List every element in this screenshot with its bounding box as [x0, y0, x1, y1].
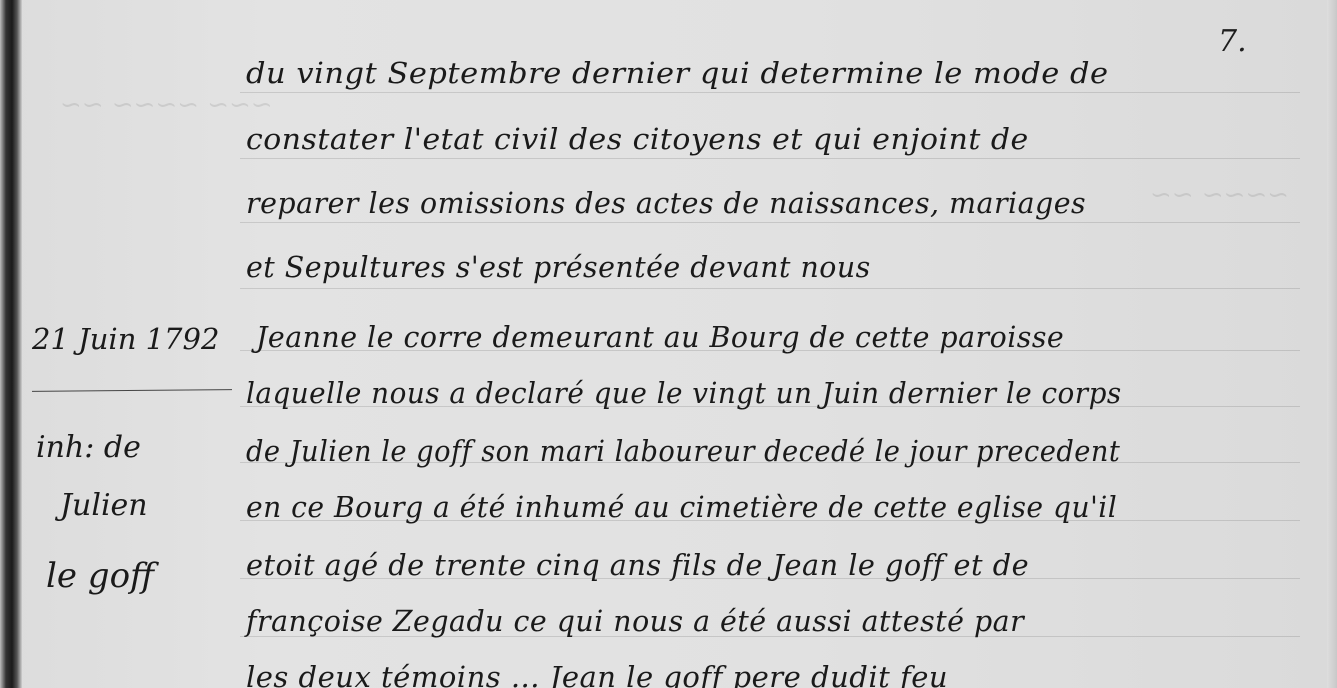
ruled-line	[240, 92, 1300, 93]
margin-entry-date: 21 Juin 1792	[32, 322, 219, 356]
folio-number: 7.	[1218, 24, 1247, 59]
ruled-line	[240, 288, 1300, 289]
ruled-line	[240, 222, 1300, 223]
text-line: et Sepultures s'est présentée devant nou…	[246, 250, 871, 284]
text-line: du vingt Septembre dernier qui determine…	[246, 56, 1109, 90]
ruled-line	[240, 158, 1300, 159]
entry-text-line: etoit agé de trente cinq ans fils de Jea…	[246, 548, 1029, 582]
text-line: reparer les omissions des actes de naiss…	[246, 186, 1086, 220]
margin-entry-name-first: Julien	[60, 488, 148, 523]
entry-text-line: françoise Zegadu ce qui nous a été aussi…	[246, 604, 1024, 638]
margin-entry-name-last: le goff	[46, 556, 154, 596]
entry-text-line: en ce Bourg a été inhumé au cimetière de…	[246, 490, 1117, 524]
entry-text-line: les deux témoins ... Jean le goff pere d…	[246, 660, 948, 688]
reverse-side-bleed-through: ~~~ ~~~~ ~~	[60, 90, 273, 120]
book-binding-edge	[0, 0, 22, 688]
text-line: constater l'etat civil des citoyens et q…	[246, 122, 1029, 156]
margin-separator-line	[32, 389, 232, 392]
page-right-edge	[1327, 0, 1337, 688]
document-page: ~~~ ~~~~ ~~ ~~~~ ~~ 7. du vingt Septembr…	[0, 0, 1337, 688]
reverse-side-bleed-through: ~~~~ ~~	[1150, 180, 1289, 210]
entry-text-line: laquelle nous a declaré que le vingt un …	[246, 376, 1122, 410]
entry-text-line: de Julien le goff son mari laboureur dec…	[246, 434, 1120, 468]
entry-text-line: Jeanne le corre demeurant au Bourg de ce…	[256, 320, 1064, 354]
margin-entry-label: inh: de	[36, 430, 141, 465]
